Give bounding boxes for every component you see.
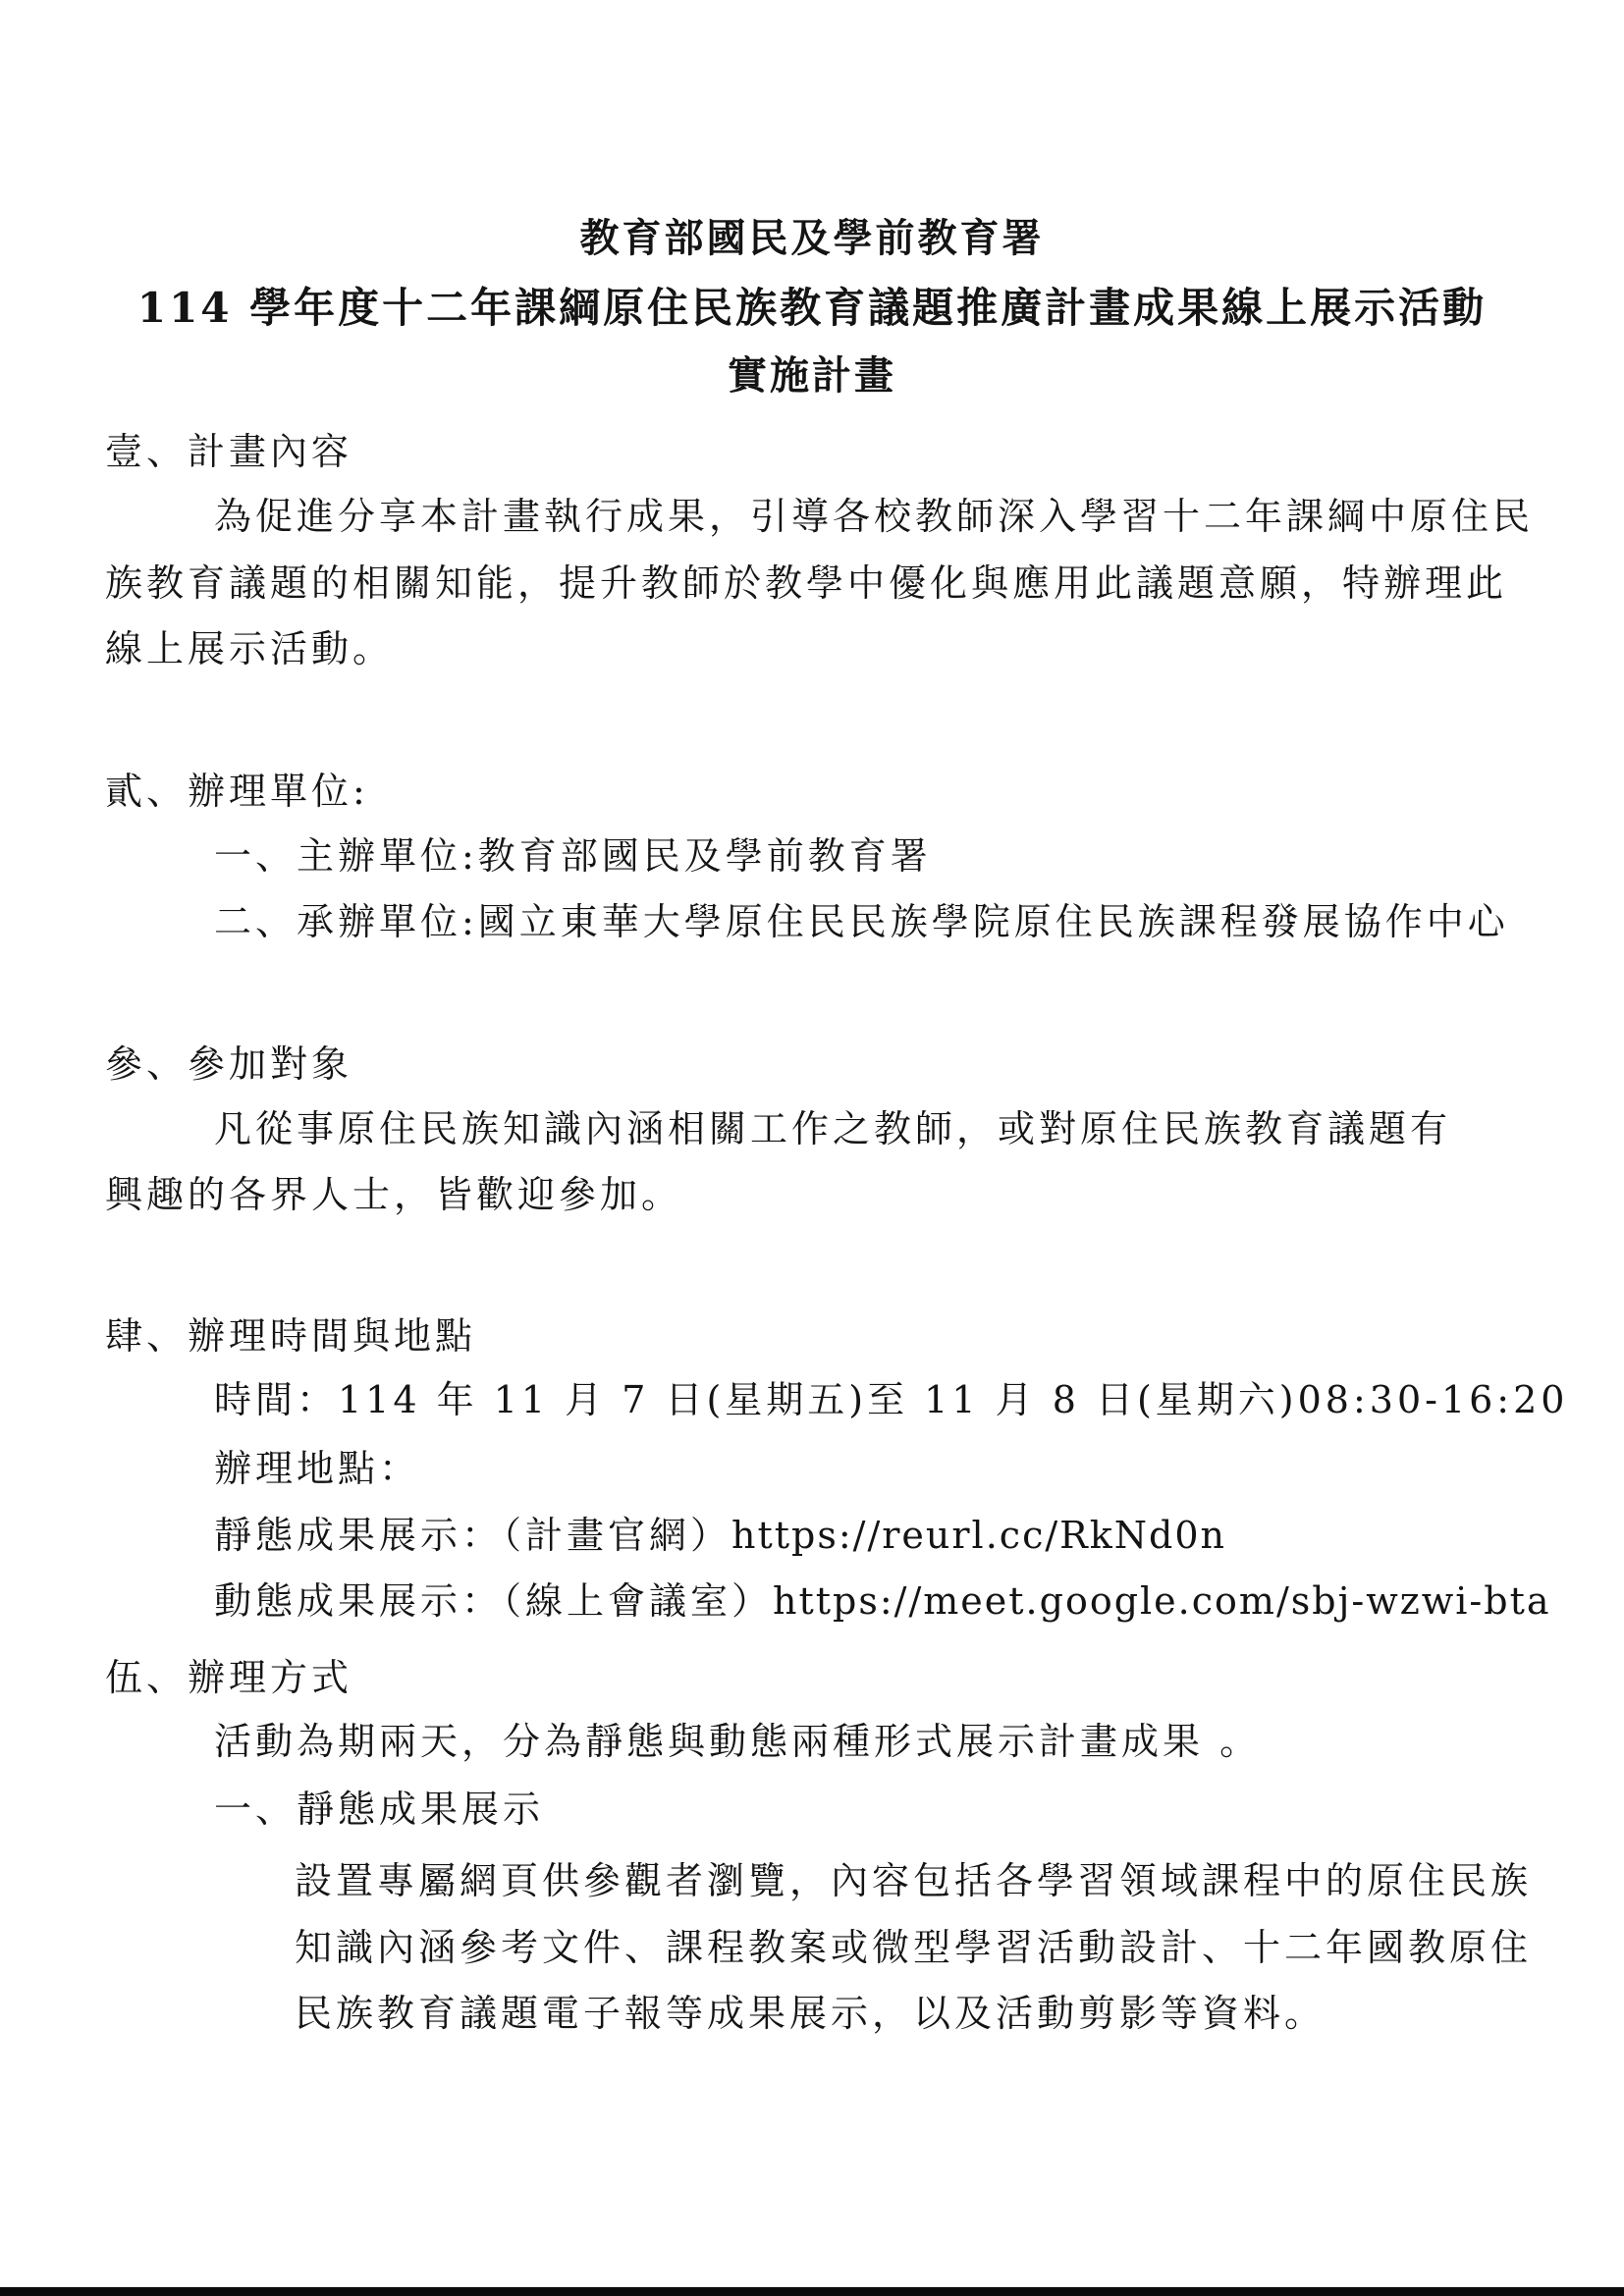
body-line: 民族教育議題電子報等成果展示，以及活動剪影等資料。 bbox=[295, 1991, 1326, 2036]
body-line: 興趣的各界人士，皆歡迎參加。 bbox=[105, 1172, 682, 1217]
section-heading-2: 貳、辦理單位: bbox=[105, 769, 369, 814]
body-line: 知識內涵參考文件、課程教案或微型學習活動設計、十二年國教原住 bbox=[295, 1925, 1532, 1970]
static-exhibit-url[interactable]: https://reurl.cc/RkNd0n bbox=[731, 1514, 1226, 1557]
scanned-document-page: 教育部國民及學前教育署 114 學年度十二年課綱原住民族教育議題推廣計畫成果線上… bbox=[0, 0, 1624, 2296]
page-bottom-scan-artifact bbox=[0, 2287, 1624, 2296]
body-line: 凡從事原住民族知識內涵相關工作之教師，或對原住民族教育議題有 bbox=[214, 1106, 1451, 1151]
subsection-heading-static: 一、靜態成果展示 bbox=[214, 1787, 544, 1832]
section-heading-1: 壹、計畫內容 bbox=[105, 429, 352, 474]
section-heading-5: 伍、辦理方式 bbox=[105, 1655, 352, 1700]
body-line: 為促進分享本計畫執行成果，引導各校教師深入學習十二年課綱中原住民 bbox=[214, 494, 1534, 539]
body-line: 活動為期兩天，分為靜態與動態兩種形式展示計畫成果 。 bbox=[214, 1719, 1261, 1764]
document-title-sub: 實施計畫 bbox=[0, 353, 1624, 399]
meeting-room-url[interactable]: https://meet.google.com/sbj-wzwi-bta bbox=[773, 1579, 1551, 1623]
body-line: 族教育議題的相關知能，提升教師於教學中優化與應用此議題意願，特辦理此 bbox=[105, 561, 1507, 606]
venue-static-label: 靜態成果展示：（計畫官網） bbox=[214, 1514, 731, 1557]
organizer-line: 一、主辦單位:教育部國民及學前教育署 bbox=[214, 833, 932, 879]
venue-dynamic-label: 動態成果展示：（線上會議室） bbox=[214, 1579, 773, 1623]
event-time-line: 時間：114 年 11 月 7 日(星期五)至 11 月 8 日(星期六)08:… bbox=[214, 1377, 1568, 1422]
section-heading-3: 參、參加對象 bbox=[105, 1041, 352, 1087]
section-heading-4: 肆、辦理時間與地點 bbox=[105, 1313, 476, 1359]
document-title-org: 教育部國民及學前教育署 bbox=[0, 216, 1624, 261]
venue-dynamic-line: 動態成果展示：（線上會議室）https://meet.google.com/sb… bbox=[214, 1578, 1551, 1624]
co-organizer-line: 二、承辦單位:國立東華大學原住民民族學院原住民族課程發展協作中心 bbox=[214, 899, 1509, 944]
venue-static-line: 靜態成果展示：（計畫官網）https://reurl.cc/RkNd0n bbox=[214, 1513, 1226, 1558]
body-line: 設置專屬網頁供參觀者瀏覽，內容包括各學習領域課程中的原住民族 bbox=[295, 1858, 1532, 1903]
body-line: 線上展示活動。 bbox=[105, 626, 394, 671]
venue-label-line: 辦理地點： bbox=[214, 1446, 420, 1491]
document-title-main: 114 學年度十二年課綱原住民族教育議題推廣計畫成果線上展示活動 bbox=[0, 286, 1624, 331]
